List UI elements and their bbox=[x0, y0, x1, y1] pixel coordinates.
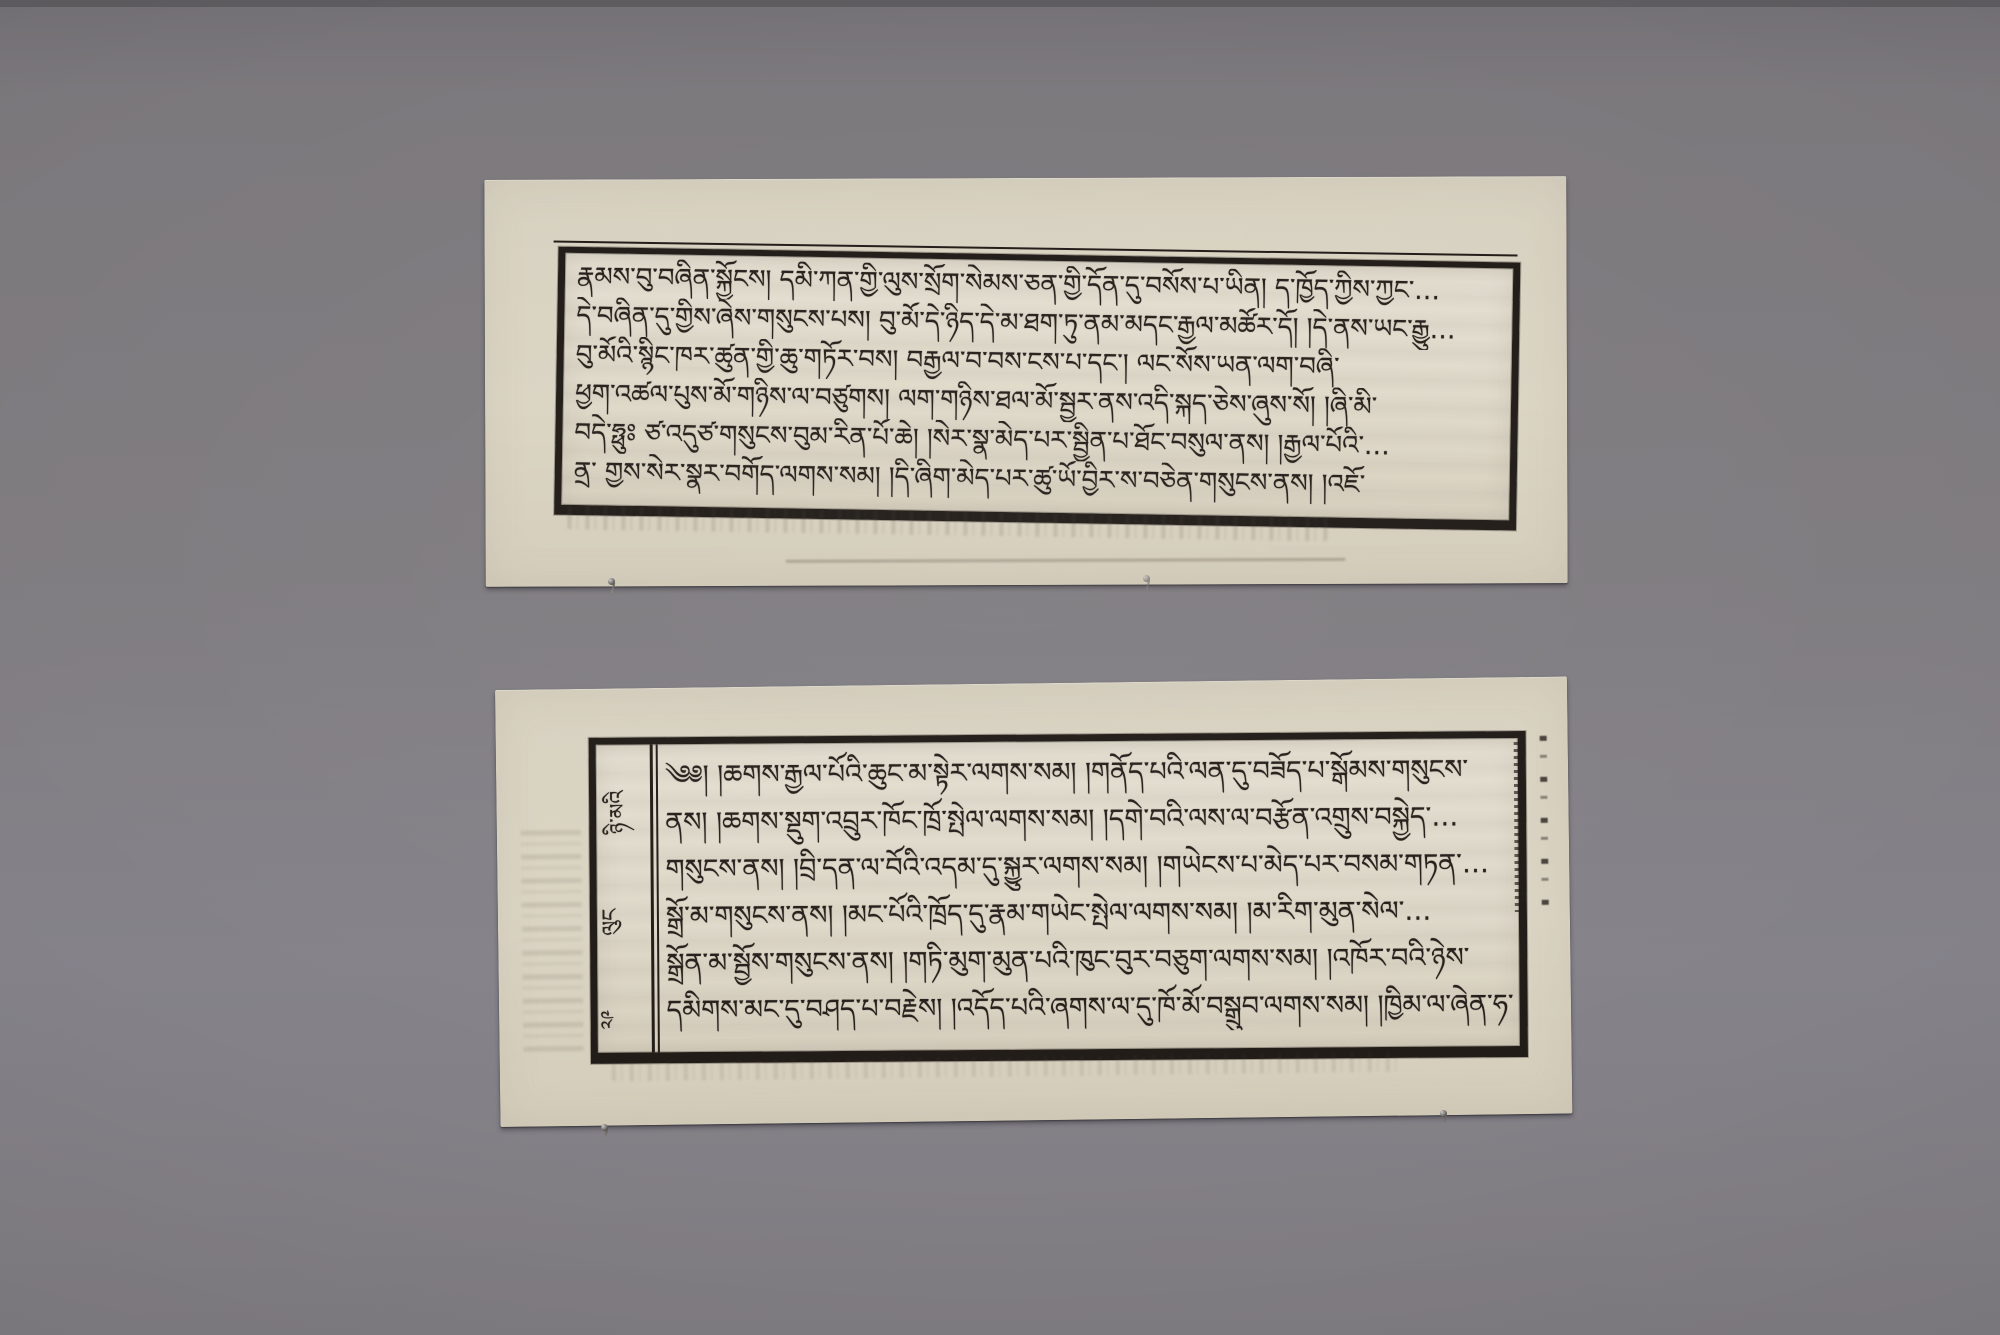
pecha-folio-top: རྣམས་བུ་བཞིན་སྐྱོངས། དམི་ཀན་གྱི་ལུས་སྲོག… bbox=[484, 176, 1567, 587]
print-frame-top: རྣམས་བུ་བཞིན་སྐྱོངས། དམི་ཀན་གྱི་ལུས་སྲོག… bbox=[554, 247, 1520, 531]
folio-margin-column: ཉི་མའི ལུང ༢༩ bbox=[596, 744, 655, 1052]
margin-label: ཉི་མའི bbox=[594, 790, 653, 834]
text-line: ༄༅། །ཆགས་རྒྱལ་པོའི་ཆུང་མ་སྟེར་ལགས་སམ། །ག… bbox=[665, 746, 1512, 799]
margin-label: ༢༩ bbox=[586, 1010, 640, 1030]
mounting-pin bbox=[1143, 575, 1151, 591]
margin-label: ལུང bbox=[587, 908, 646, 935]
ink-smudge bbox=[786, 558, 1346, 563]
text-line: དམིགས་མང་དུ་བཤད་པ་བརྗེས། །འདོད་པའི་ཞགས་ལ… bbox=[666, 981, 1513, 1034]
ink-spatter bbox=[1540, 736, 1549, 911]
mounting-pin bbox=[608, 578, 616, 594]
mount-board: རྣམས་བུ་བཞིན་སྐྱོངས། དམི་ཀན་གྱི་ལུས་སྲོག… bbox=[0, 0, 2000, 1335]
text-line: སྒྲོ་མ་གསུངས་ནས། །མང་པོའི་ཁྲོད་དུ་རྣམ་གཡ… bbox=[666, 887, 1513, 940]
text-block-top: རྣམས་བུ་བཞིན་སྐྱོངས། དམི་ཀན་གྱི་ལུས་སྲོག… bbox=[561, 253, 1513, 521]
text-block-bottom: ༄༅། །ཆགས་རྒྱལ་པོའི་ཆུང་མ་སྟེར་ལགས་སམ། །ག… bbox=[653, 738, 1528, 1052]
print-frame-bottom: ཉི་མའི ལུང ༢༩ ༄༅། །ཆགས་རྒྱལ་པོའི་ཆུང་མ་ས… bbox=[589, 731, 1528, 1064]
ink-showthrough bbox=[521, 830, 584, 1056]
mounting-pin bbox=[1440, 1110, 1448, 1126]
text-line: ནས། །ཆགས་སྡུག་འབྲུར་ཁོང་ཁྲོ་སྤེལ་ལགས་སམ།… bbox=[665, 793, 1512, 846]
text-line: སྒྲོན་མ་སྦྱོས་གསུངས་ནས། །གཏི་མུག་མུན་པའི… bbox=[666, 934, 1513, 987]
mounting-pin bbox=[601, 1124, 609, 1140]
pecha-folio-bottom: ཉི་མའི ལུང ༢༩ ༄༅། །ཆགས་རྒྱལ་པོའི་ཆུང་མ་ས… bbox=[495, 677, 1572, 1127]
frame-right-marks bbox=[1514, 742, 1525, 912]
board-top-edge bbox=[0, 0, 2000, 7]
text-line: གསུངས་ནས། །བྲི་དན་ལ་བོའི་འདམ་དུ་སྐྱུར་ལག… bbox=[665, 840, 1512, 893]
